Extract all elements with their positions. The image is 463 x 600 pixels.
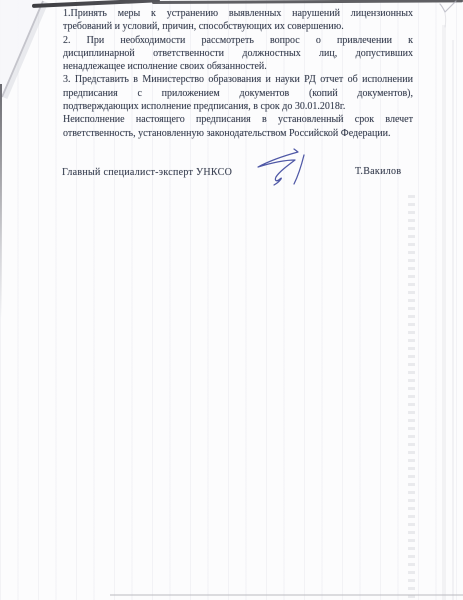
- text-line: Неисполнение настоящего предписания в ус…: [63, 113, 413, 126]
- scanner-streak: [408, 195, 415, 600]
- signer-role-label: Главный специалист-эксперт УНКСО: [62, 167, 232, 178]
- text-line: дисциплинарной ответственности должностн…: [63, 47, 413, 60]
- text-line: требований и условий, причин, способству…: [63, 20, 413, 33]
- scan-bottom-edge-shadow: [110, 594, 463, 596]
- text-block: 1.Принять меры к устранению выявленных н…: [63, 7, 413, 140]
- scanner-streak: [452, 40, 454, 600]
- text-line: ответственность, установленную законодат…: [63, 127, 413, 140]
- text-line: подтверждающих исполнение предписания, в…: [63, 100, 413, 113]
- signer-name: Т.Вакилов: [355, 166, 401, 177]
- text-line: 1.Принять меры к устранению выявленных н…: [63, 7, 413, 20]
- handwritten-signature: [249, 143, 319, 198]
- text-line: предписания с приложением документов (ко…: [63, 87, 413, 100]
- scan-top-edge-shadow: [152, 0, 463, 3]
- scanned-document-page: 1.Принять меры к устранению выявленных н…: [0, 0, 463, 600]
- scanner-streak: [442, 25, 446, 600]
- text-line: 3. Представить в Министерство образовани…: [63, 73, 413, 86]
- text-line: ненадлежащее исполнение своих обязанност…: [63, 60, 413, 73]
- page-corner-fold-shadow: [0, 0, 60, 110]
- text-line: 2. При необходимости рассмотреть вопрос …: [63, 34, 413, 47]
- scan-left-edge-shadow: [0, 84, 2, 319]
